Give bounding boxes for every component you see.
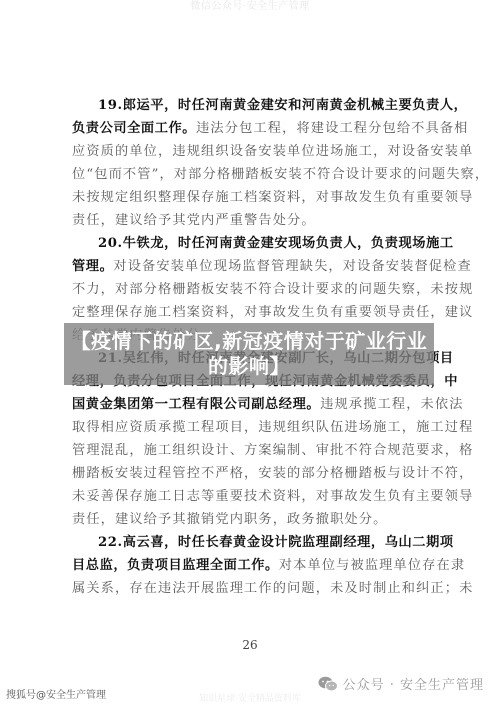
doc-line: 定整理保存施工档案资料，对事故发生负有重要领导责任，建议 (72, 301, 434, 324)
doc-line: 不力，对部分格栅踏板安装不符合设计要求的问题失察，未按规 (72, 278, 434, 301)
top-watermark: 微信公众号·安全生产管理 (0, 0, 500, 13)
doc-line: 栅踏板安装过程管控不严格，安装的部分格栅踏板与设计不符， (72, 462, 434, 485)
wechat-icon (318, 676, 338, 692)
doc-line: 应资质的单位，违规组织设备安装单位进场施工，对设备安装单 (72, 140, 434, 163)
doc-line: 责任，建议给予其党内严重警告处分。 (72, 209, 434, 232)
doc-line: 22.高云喜，时任长春黄金设计院监理副经理，乌山二期项 (72, 531, 434, 554)
doc-line: 19.郎运平，时任河南黄金建安和河南黄金机械主要负责人， (72, 94, 434, 117)
doc-line: 20.牛铁龙，时任河南黄金建安现场负责人，负责现场施工 (72, 232, 434, 255)
doc-line: 管理。对设备安装单位现场监督管理缺失，对设备安装督促检查 (72, 255, 434, 278)
doc-line: 责任，建议给予其撤销党内职务，政务撤职处分。 (72, 508, 434, 531)
bottom-watermark: 知识星球·安全精品资料库 (0, 693, 500, 705)
doc-line: 国黄金集团第一工程有限公司副总经理。违规承揽工程，未依法 (72, 393, 434, 416)
doc-line: 取得相应资质承揽工程项目，违规组织队伍进场施工，施工过程 (72, 416, 434, 439)
wechat-account-badge: 公众号 · 安全生产管理 (318, 674, 484, 693)
doc-line: 目总监，负责项目监理全面工作。对本单位与被监理单位存在隶 (72, 554, 434, 577)
doc-line: 属关系，存在违法开展监理工作的问题，未及时制止和纠正；未 (72, 577, 434, 600)
article-title-banner[interactable]: 【疫情下的矿区,新冠疫情对于矿业行业的影响】 (64, 323, 434, 385)
wechat-account-label: 公众号 · 安全生产管理 (343, 674, 484, 693)
doc-line: 未妥善保存施工日志等重要技术资料，对事故发生负有主要领导 (72, 485, 434, 508)
doc-line: 负责公司全面工作。违法分包工程，将建设工程分包给不具备相 (72, 117, 434, 140)
article-title: 【疫情下的矿区,新冠疫情对于矿业行业的影响】 (64, 329, 434, 379)
doc-line: 管理混乱，施工组织设计、方案编制、审批不符合规范要求，格 (72, 439, 434, 462)
doc-line: 位“包而不管”，对部分格栅踏板安装不符合设计要求的问题失察， (72, 163, 434, 186)
doc-line: 未按规定组织整理保存施工档案资料，对事故发生负有重要领导 (72, 186, 434, 209)
page-number: 26 (0, 638, 500, 652)
